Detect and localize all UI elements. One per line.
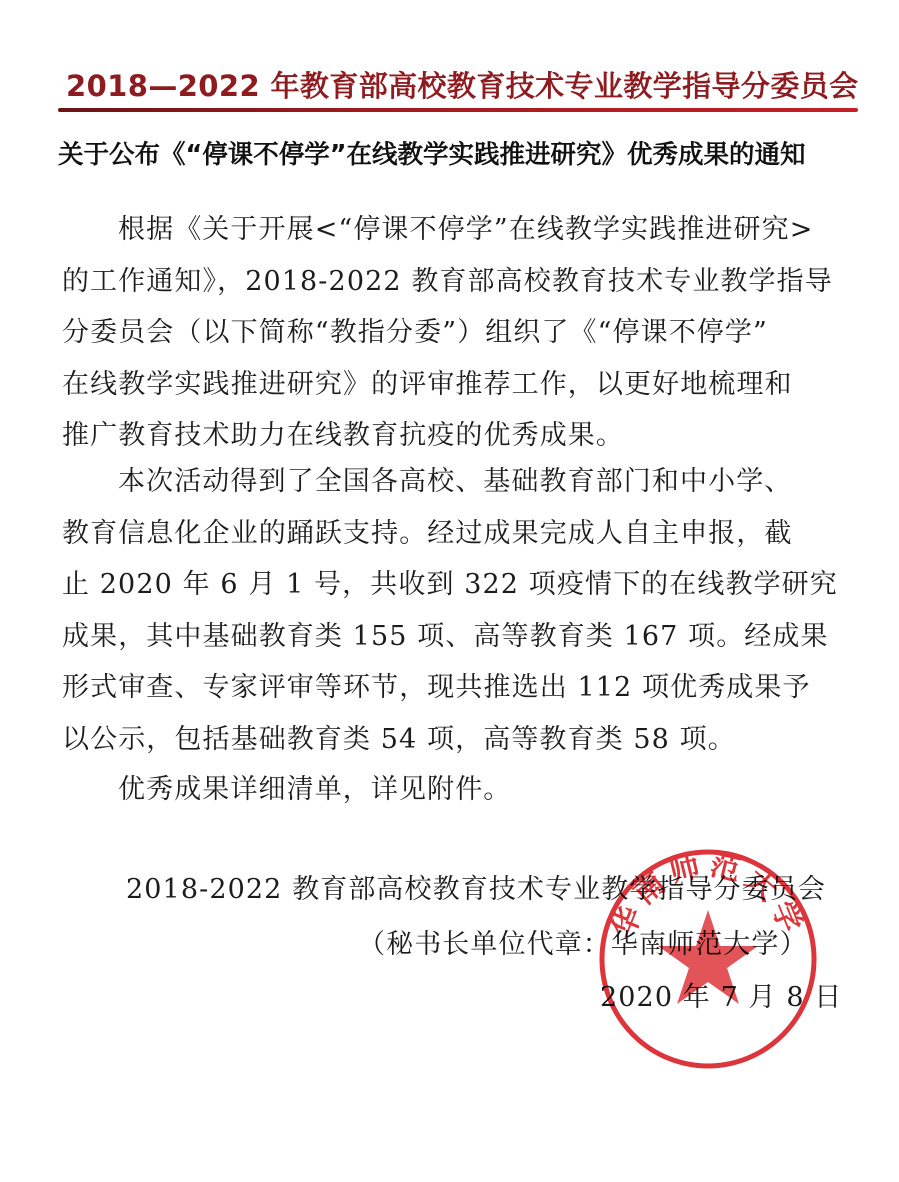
paragraph-line: 形式审查、专家评审等环节，现共推选出 112 项优秀成果予 (62, 662, 846, 714)
paragraph-line: 止 2020 年 6 月 1 号，共收到 322 项疫情下的在线教学研究 (62, 559, 846, 611)
paragraph-2: 本次活动得到了全国各高校、基础教育部门和中小学、 教育信息化企业的踊跃支持。经过… (62, 456, 846, 765)
letterhead-title: 2018—2022 年教育部高校教育技术专业教学指导分委员会 (66, 66, 826, 106)
paragraph-line: 推广教育技术助力在线教育抗疫的优秀成果。 (62, 410, 846, 462)
paragraph-3-attachment-note: 优秀成果详细清单，详见附件。 (62, 764, 846, 816)
paragraph-1: 根据《关于开展<“停课不停学”在线教学实践推进研究> 的工作通知》，2018-2… (62, 204, 846, 462)
letterhead-rule-divider (58, 108, 858, 112)
notice-title: 关于公布《“停课不停学”在线教学实践推进研究》优秀成果的通知 (58, 138, 858, 172)
paragraph-line: 的工作通知》，2018-2022 教育部高校教育技术专业教学指导 (62, 256, 846, 308)
paragraph-line: 根据《关于开展<“停课不停学”在线教学实践推进研究> (62, 204, 846, 256)
paragraph-line: 教育信息化企业的踊跃支持。经过成果完成人自主申报，截 (62, 508, 846, 560)
signature-date: 2020 年 7 月 8 日 (600, 978, 842, 1018)
signature-organization: 2018-2022 教育部高校教育技术专业教学指导分委员会 (126, 870, 826, 910)
paragraph-line: 成果，其中基础教育类 155 项、高等教育类 167 项。经成果 (62, 611, 846, 663)
paragraph-line: 优秀成果详细清单，详见附件。 (62, 764, 846, 816)
paragraph-line: 在线教学实践推进研究》的评审推荐工作，以更好地梳理和 (62, 359, 846, 411)
paragraph-line: 分委员会（以下简称“教指分委”）组织了《“停课不停学” (62, 307, 846, 359)
signature-seal-note: （秘书长单位代章：华南师范大学） (358, 925, 808, 965)
paragraph-line: 以公示，包括基础教育类 54 项，高等教育类 58 项。 (62, 714, 846, 766)
paragraph-line: 本次活动得到了全国各高校、基础教育部门和中小学、 (62, 456, 846, 508)
